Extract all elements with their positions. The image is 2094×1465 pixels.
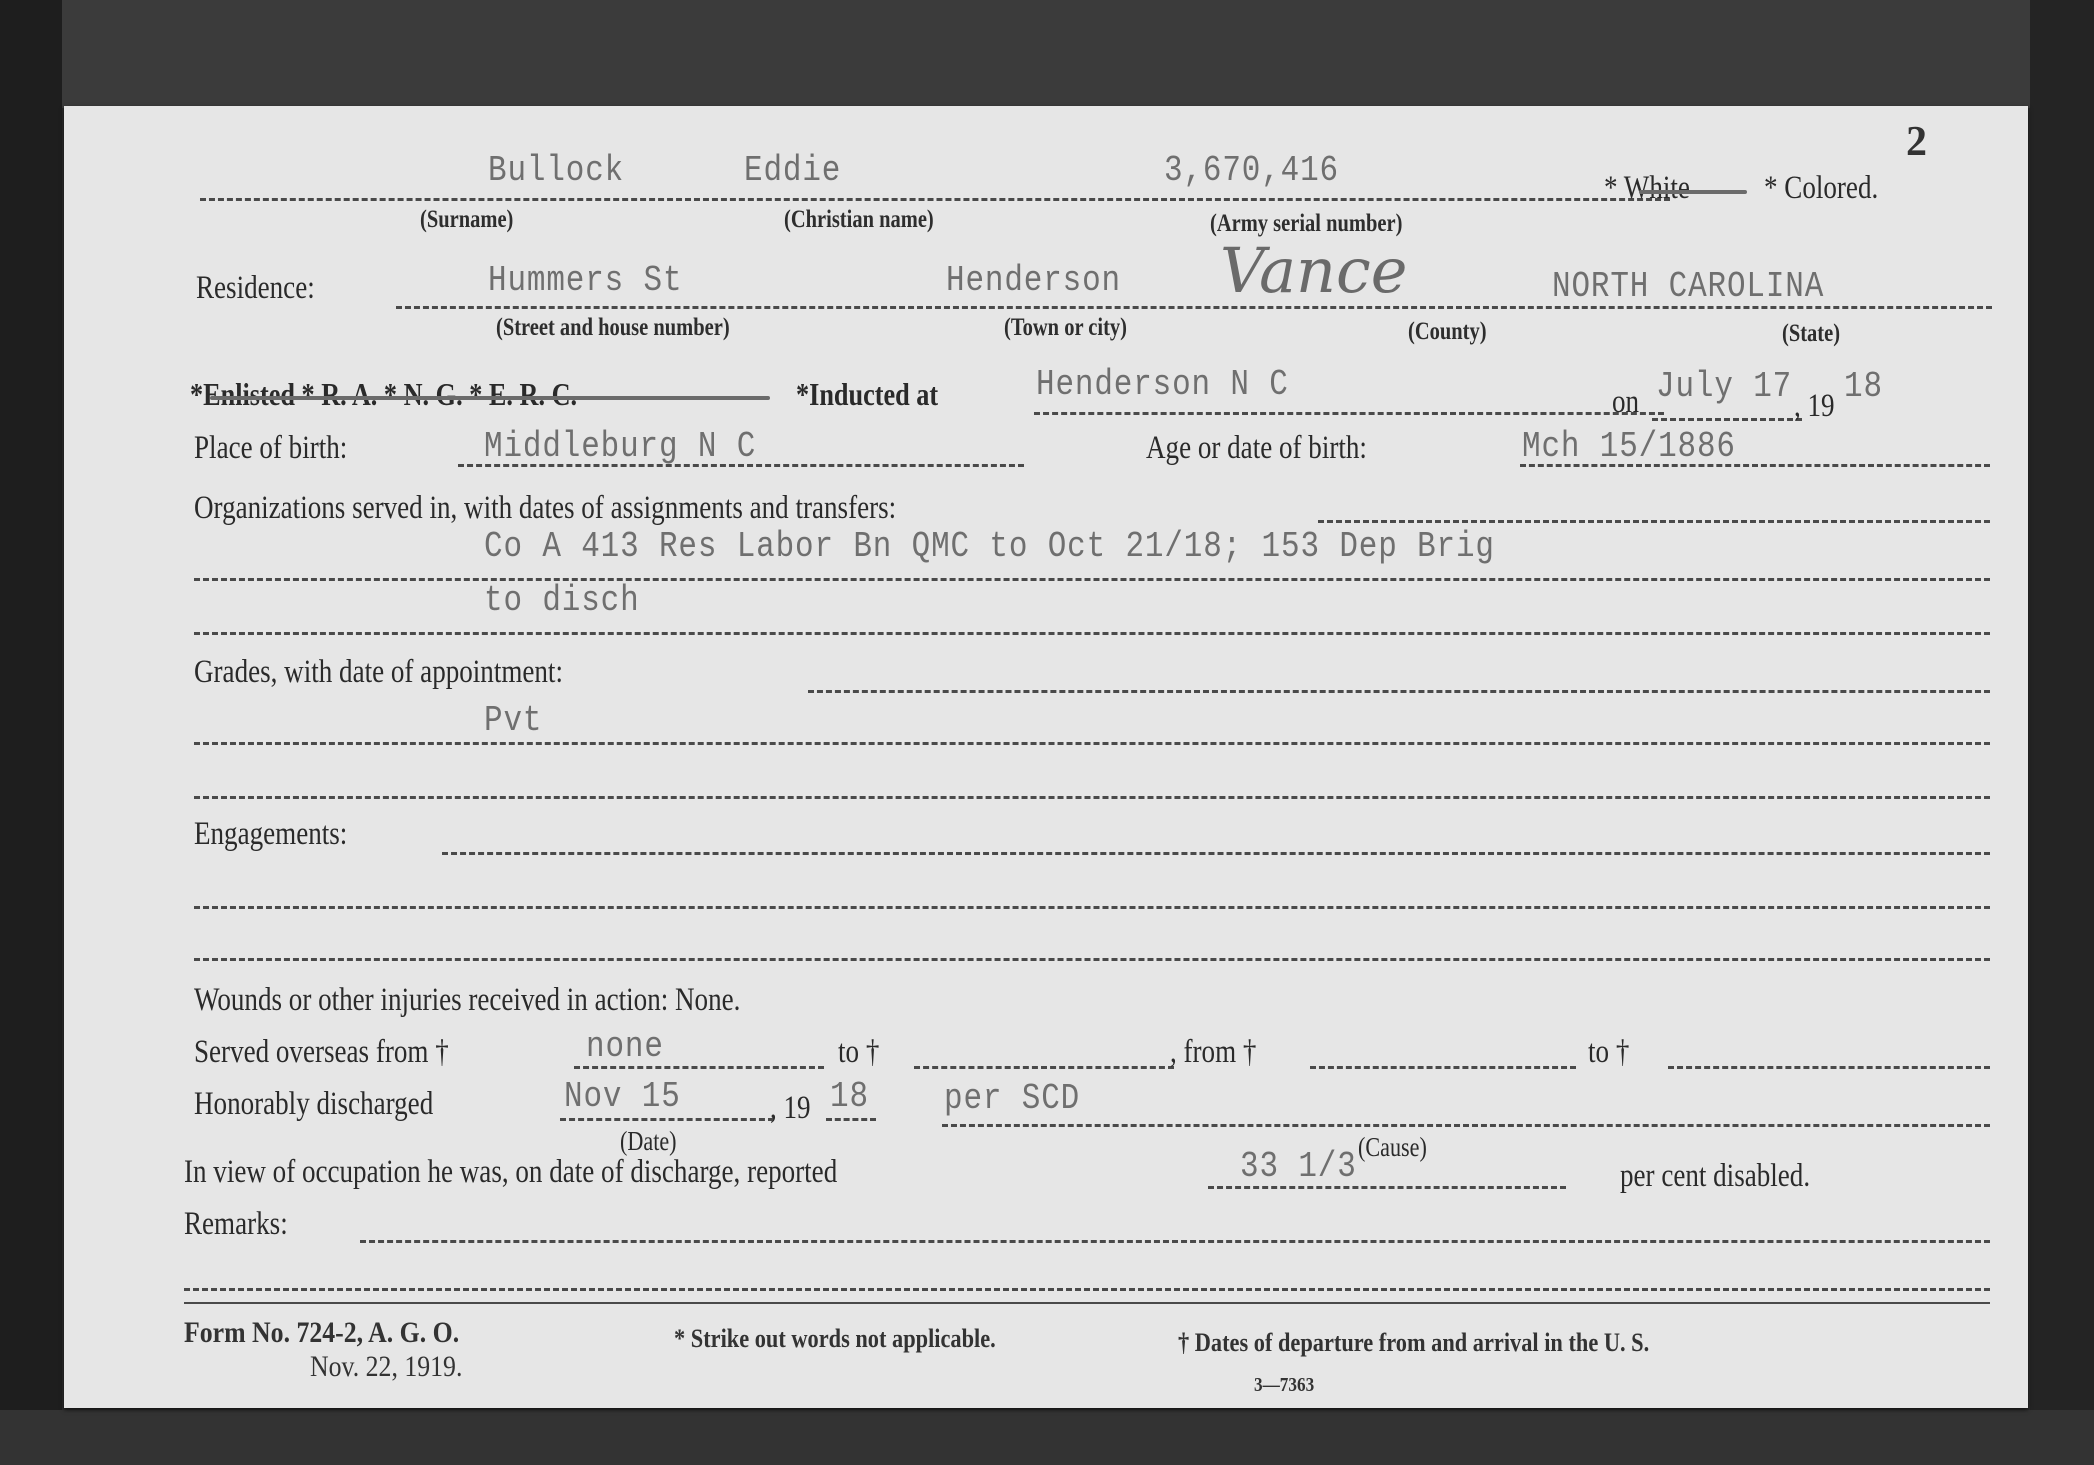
scan-background-right [2030, 0, 2094, 1465]
town-value: Henderson [946, 260, 1121, 301]
disability-label: In view of occupation he was, on date of… [184, 1154, 837, 1191]
place-of-birth-value: Middleburg N C [484, 426, 756, 467]
induction-year-prefix: , 19 [1794, 388, 1835, 425]
state-caption: (State) [1782, 320, 1840, 348]
organizations-line2-value: to disch [484, 580, 640, 621]
overseas-to2-label: to † [1588, 1034, 1629, 1071]
remarks-line-1 [184, 1288, 1990, 1291]
enlistment-options: *Enlisted * R. A. * N. G. * E. R. C. [190, 376, 577, 413]
discharge-cause-line [942, 1124, 1990, 1127]
overseas-from-label: Served overseas from † [194, 1034, 449, 1071]
disability-percent-value: 33 1/3 [1240, 1146, 1357, 1187]
engagements-line-2 [194, 958, 1990, 961]
strike-out-note: * Strike out words not applicable. [674, 1324, 996, 1354]
discharge-year-prefix: , 19 [770, 1090, 811, 1127]
residence-label: Residence: [196, 270, 315, 307]
disability-line [1208, 1186, 1566, 1189]
enlistment-strikethrough [210, 396, 770, 400]
engagements-label: Engagements: [194, 816, 347, 853]
service-record-card: 2 Bullock Eddie 3,670,416 * White * Colo… [64, 106, 2028, 1408]
christian-name-value: Eddie [744, 150, 841, 191]
scan-background-left [0, 0, 62, 1465]
wounds-text: Wounds or other injuries received in act… [194, 982, 740, 1019]
grades-label: Grades, with date of appointment: [194, 654, 563, 691]
grades-line-1 [194, 742, 1990, 745]
place-of-birth-line [458, 464, 1024, 467]
card-number: 2 [1906, 118, 1927, 166]
discharge-date-caption: (Date) [620, 1126, 677, 1157]
date-of-birth-line [1520, 464, 1990, 467]
residence-line [396, 306, 1992, 309]
place-of-birth-label: Place of birth: [194, 430, 347, 467]
organizations-label: Organizations served in, with dates of a… [194, 490, 896, 527]
state-value: NORTH CAROLINA [1552, 266, 1824, 307]
organizations-line1-value: Co A 413 Res Labor Bn QMC to Oct 21/18; … [484, 526, 1495, 567]
overseas-to-label: to † [838, 1034, 879, 1071]
discharged-label: Honorably discharged [194, 1086, 433, 1123]
form-date: Nov. 22, 1919. [310, 1350, 462, 1384]
overseas-from2-label: , from † [1170, 1034, 1256, 1071]
engagements-line-0 [442, 852, 1990, 855]
remarks-label: Remarks: [184, 1206, 288, 1243]
date-of-birth-value: Mch 15/1886 [1522, 426, 1736, 467]
race-white-strikethrough [1639, 190, 1747, 194]
county-value: Vance [1220, 234, 1407, 307]
discharge-year-line [826, 1118, 876, 1121]
on-label: on [1612, 384, 1639, 421]
name-line [200, 198, 1670, 201]
county-caption: (County) [1408, 318, 1487, 346]
inducted-at-value: Henderson N C [1036, 364, 1289, 405]
form-number: Form No. 724-2, A. G. O. [184, 1316, 459, 1350]
race-white-label: * White [1604, 170, 1690, 207]
scan-background-bottom [0, 1410, 2094, 1465]
discharge-date-line [560, 1118, 774, 1121]
grades-line-2 [194, 796, 1990, 799]
disability-suffix: per cent disabled. [1620, 1158, 1810, 1195]
town-caption: (Town or city) [1004, 314, 1127, 342]
discharge-date-value: Nov 15 [564, 1076, 681, 1117]
christian-name-caption: (Christian name) [784, 206, 934, 234]
discharge-cause-caption: (Cause) [1358, 1132, 1427, 1163]
inducted-label: *Inducted at [796, 376, 938, 413]
inducted-line [1034, 412, 1664, 415]
organizations-line-0 [1318, 520, 1990, 523]
serial-number-value: 3,670,416 [1164, 150, 1339, 191]
overseas-from2-line [1310, 1066, 1576, 1069]
overseas-from-value: none [586, 1026, 664, 1067]
date-of-birth-label: Age or date of birth: [1146, 430, 1367, 467]
discharge-cause-value: per SCD [944, 1078, 1080, 1119]
overseas-to-line [914, 1066, 1174, 1069]
overseas-from-line [574, 1066, 824, 1069]
footer-rule [184, 1302, 1990, 1304]
remarks-line-0 [360, 1240, 1990, 1243]
scan-background-top [0, 0, 2094, 108]
race-colored-label: * Colored. [1764, 170, 1878, 207]
discharge-year-value: 18 [830, 1076, 869, 1117]
street-caption: (Street and house number) [496, 314, 730, 342]
engagements-line-1 [194, 906, 1990, 909]
induction-year-value: 18 [1844, 366, 1883, 407]
surname-value: Bullock [488, 150, 624, 191]
grades-line-0 [808, 690, 1990, 693]
street-value: Hummers St [488, 260, 682, 301]
organizations-line-1 [194, 578, 1990, 581]
organizations-line-2 [194, 632, 1990, 635]
induction-date-value: July 17 [1656, 366, 1792, 407]
induction-date-line [1652, 418, 1802, 421]
grades-value: Pvt [484, 700, 542, 741]
surname-caption: (Surname) [420, 206, 513, 234]
dagger-note: † Dates of departure from and arrival in… [1178, 1328, 1649, 1358]
overseas-to2-line [1668, 1066, 1990, 1069]
print-code: 3—7363 [1254, 1374, 1314, 1397]
